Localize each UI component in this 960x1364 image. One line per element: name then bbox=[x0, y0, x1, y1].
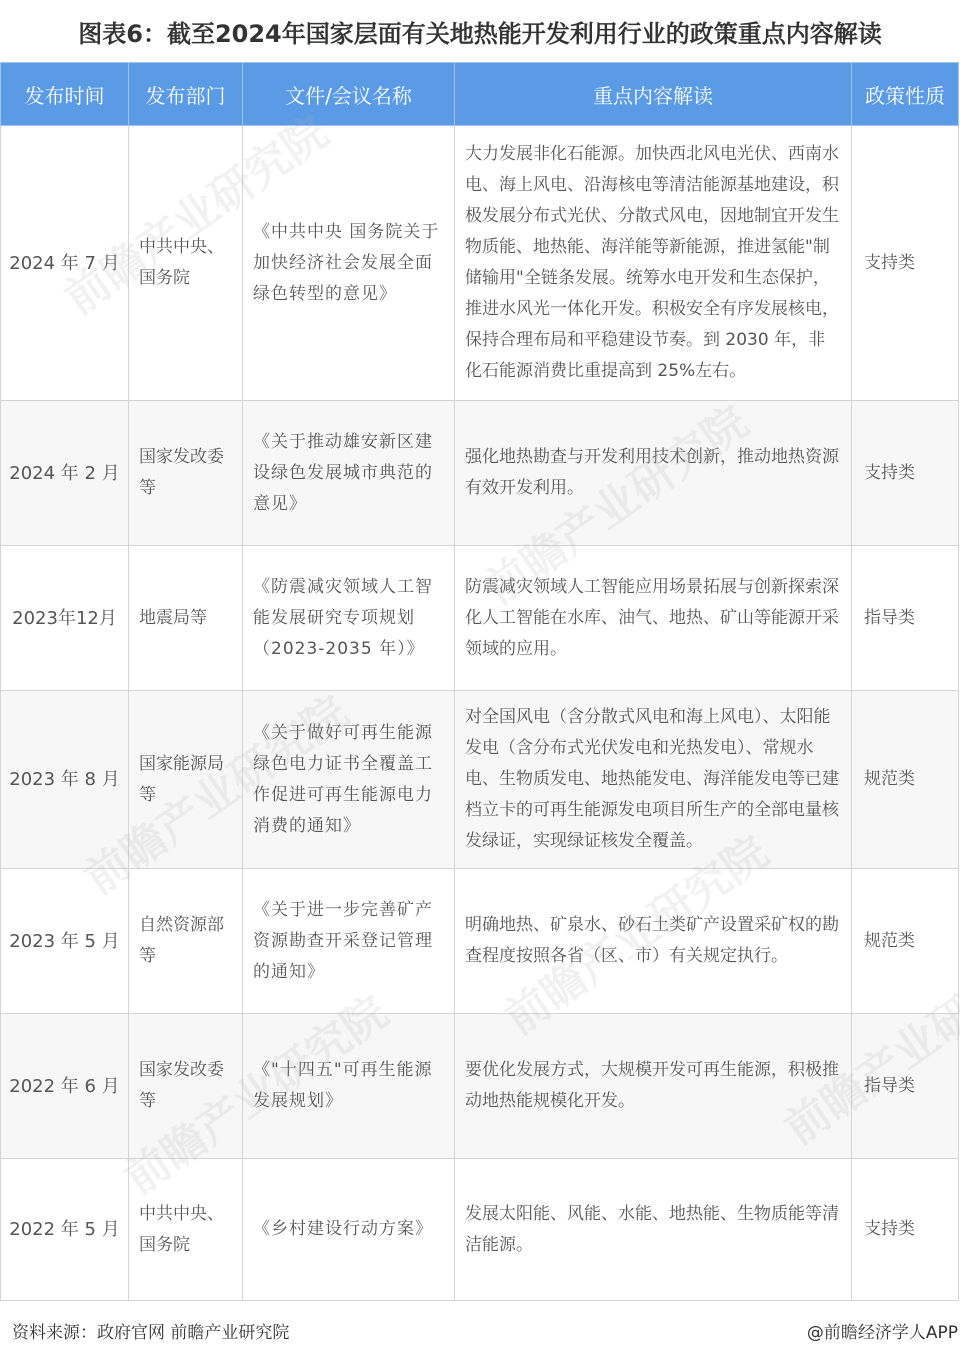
cell-policy-type: 规范类 bbox=[852, 869, 959, 1014]
cell-department: 地震局等 bbox=[129, 546, 243, 691]
cell-date: 2023 年 5 月 bbox=[1, 869, 129, 1014]
cell-policy-type: 指导类 bbox=[852, 1014, 959, 1159]
table-row: 2023 年 5 月 自然资源部等 《关于进一步完善矿产资源勘查开采登记管理的通… bbox=[1, 869, 959, 1014]
cell-document: 《关于做好可再生能源绿色电力证书全覆盖工作促进可再生能源电力消费的通知》 bbox=[243, 691, 455, 869]
cell-date: 2023年12月 bbox=[1, 546, 129, 691]
cell-policy-type: 支持类 bbox=[852, 401, 959, 546]
cell-date: 2022 年 5 月 bbox=[1, 1159, 129, 1301]
header-document-name: 文件/会议名称 bbox=[243, 63, 455, 126]
table-header-row: 发布时间 发布部门 文件/会议名称 重点内容解读 政策性质 bbox=[1, 63, 959, 126]
policy-table: 发布时间 发布部门 文件/会议名称 重点内容解读 政策性质 2024 年 7 月… bbox=[0, 62, 959, 1301]
cell-department: 国家能源局等 bbox=[129, 691, 243, 869]
header-policy-type: 政策性质 bbox=[852, 63, 959, 126]
credit-note: @前瞻经济学人APP bbox=[807, 1318, 958, 1343]
source-note: 资料来源：政府官网 前瞻产业研究院 bbox=[12, 1318, 289, 1343]
cell-content: 对全国风电（含分散式风电和海上风电）、太阳能发电（含分布式光伏发电和光热发电）、… bbox=[455, 691, 852, 869]
table-row: 2024 年 7 月 中共中央、国务院 《中共中央 国务院关于加快经济社会发展全… bbox=[1, 126, 959, 401]
table-row: 2023 年 8 月 国家能源局等 《关于做好可再生能源绿色电力证书全覆盖工作促… bbox=[1, 691, 959, 869]
cell-department: 国家发改委等 bbox=[129, 401, 243, 546]
cell-department: 中共中央、国务院 bbox=[129, 126, 243, 401]
cell-content: 明确地热、矿泉水、砂石土类矿产设置采矿权的勘查程度按照各省（区、市）有关规定执行… bbox=[455, 869, 852, 1014]
cell-policy-type: 支持类 bbox=[852, 1159, 959, 1301]
header-release-date: 发布时间 bbox=[1, 63, 129, 126]
cell-date: 2024 年 7 月 bbox=[1, 126, 129, 401]
cell-department: 自然资源部等 bbox=[129, 869, 243, 1014]
cell-document: 《乡村建设行动方案》 bbox=[243, 1159, 455, 1301]
cell-content: 防震减灾领域人工智能应用场景拓展与创新探索深化人工智能在水库、油气、地热、矿山等… bbox=[455, 546, 852, 691]
cell-document: 《防震减灾领域人工智能发展研究专项规划（2023-2035 年）》 bbox=[243, 546, 455, 691]
cell-policy-type: 支持类 bbox=[852, 126, 959, 401]
cell-content: 发展太阳能、风能、水能、地热能、生物质能等清洁能源。 bbox=[455, 1159, 852, 1301]
header-key-content: 重点内容解读 bbox=[455, 63, 852, 126]
cell-date: 2023 年 8 月 bbox=[1, 691, 129, 869]
cell-document: 《"十四五"可再生能源发展规划》 bbox=[243, 1014, 455, 1159]
header-department: 发布部门 bbox=[129, 63, 243, 126]
table-row: 2024 年 2 月 国家发改委等 《关于推动雄安新区建设绿色发展城市典范的意见… bbox=[1, 401, 959, 546]
cell-department: 国家发改委等 bbox=[129, 1014, 243, 1159]
cell-policy-type: 规范类 bbox=[852, 691, 959, 869]
cell-content: 强化地热勘查与开发利用技术创新，推动地热资源有效开发利用。 bbox=[455, 401, 852, 546]
table-row: 2022 年 5 月 中共中央、国务院 《乡村建设行动方案》 发展太阳能、风能、… bbox=[1, 1159, 959, 1301]
cell-date: 2022 年 6 月 bbox=[1, 1014, 129, 1159]
cell-document: 《关于进一步完善矿产资源勘查开采登记管理的通知》 bbox=[243, 869, 455, 1014]
cell-policy-type: 指导类 bbox=[852, 546, 959, 691]
cell-document: 《中共中央 国务院关于加快经济社会发展全面绿色转型的意见》 bbox=[243, 126, 455, 401]
cell-content: 要优化发展方式，大规模开发可再生能源，积极推动地热能规模化开发。 bbox=[455, 1014, 852, 1159]
cell-department: 中共中央、国务院 bbox=[129, 1159, 243, 1301]
table-row: 2022 年 6 月 国家发改委等 《"十四五"可再生能源发展规划》 要优化发展… bbox=[1, 1014, 959, 1159]
cell-content: 大力发展非化石能源。加快西北风电光伏、西南水电、海上风电、沿海核电等清洁能源基地… bbox=[455, 126, 852, 401]
table-row: 2023年12月 地震局等 《防震减灾领域人工智能发展研究专项规划（2023-2… bbox=[1, 546, 959, 691]
cell-document: 《关于推动雄安新区建设绿色发展城市典范的意见》 bbox=[243, 401, 455, 546]
chart-title: 图表6：截至2024年国家层面有关地热能开发利用行业的政策重点内容解读 bbox=[0, 0, 960, 62]
cell-date: 2024 年 2 月 bbox=[1, 401, 129, 546]
